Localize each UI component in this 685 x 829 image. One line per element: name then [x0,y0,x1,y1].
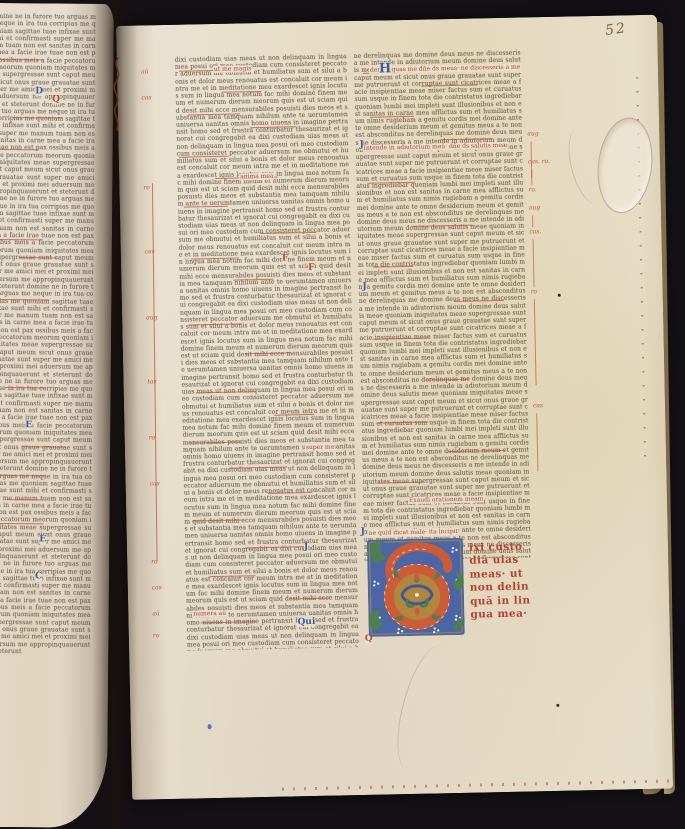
pen-initial: E [39,535,46,544]
margin-note: ro. [528,187,536,193]
ink-speck [556,704,559,707]
pen-initial: E [25,421,32,430]
margin-note: cas [152,585,162,591]
pen-initial: J [304,543,308,552]
incipit-line: meas· ut [469,567,530,582]
margin-note: aū [152,611,160,617]
ink-speck [558,294,561,297]
rubric-fragment: ut me magis [213,65,253,73]
facing-page-text: domine ne in furore tuo arguas me neque … [0,13,96,668]
incipit-line: gua mea· [470,607,531,622]
margin-note: cas [150,481,160,487]
margin-note: tas [147,379,156,385]
gutter-flourish [110,56,124,132]
edge-stain-speckles [282,780,672,791]
incipit-text: ixi custo diā uias meas· ut non delin qu… [469,540,531,622]
margin-note-stroke [531,169,532,185]
pen-initial: Qui [297,618,315,627]
pen-initial: C [35,572,42,581]
illuminated-initial-art [367,538,465,637]
margin-note-stroke [534,299,537,385]
margin-note-stroke [532,215,533,227]
margin-note-stroke [536,413,538,471]
pen-initial: J [362,283,366,292]
margin-ruling-line [152,183,158,561]
incipit-line: non delin [470,581,531,596]
margin-note: aug [146,315,157,321]
incipit-line: quā in lin [470,594,531,609]
facing-page-edge: domine ne in furore tuo arguas me neque … [0,3,114,828]
pen-initial: F [308,264,315,273]
margin-note: ro [153,633,160,639]
pen-initial: Q [52,95,60,104]
margin-note: aū [141,69,149,75]
margin-note: ro [149,435,156,441]
pen-initial: D [35,87,43,96]
rubric-fragment: super me [305,444,335,452]
right-text-column: ne derelinquas me domine deus meus ne di… [354,50,532,561]
pen-initial: H [379,62,392,75]
margin-note: ro [531,289,538,295]
margin-note-stroke [533,239,535,287]
margin-note: ro [151,559,158,565]
illuminated-initial-D [367,538,465,637]
stain-line [387,640,464,777]
pen-initial: J [361,528,365,537]
margin-note: aug [527,131,538,137]
incipit-line: diā uias [469,554,530,569]
manuscript-photo: domine ne in furore tuo arguas me neque … [0,0,685,829]
margin-note: ro [143,185,150,191]
margin-note: aug [529,205,540,211]
rubric-fragment: anima mea [239,173,274,181]
blue-ink-drop [208,724,212,729]
pen-initial: J [359,141,363,150]
margin-note: cas [533,403,543,409]
rubric-underline [8,499,44,501]
folio-number: 52 [604,20,628,39]
margin-note: cas [141,95,151,101]
manuscript-page: 52 dixi custodiam uias meas ut non delin… [116,15,673,800]
margin-note: cas. [529,229,541,235]
pen-initial: F [282,254,289,263]
margin-note: cas [145,249,155,255]
incipit-line: ixi custo [469,540,530,555]
rubric-fragment: numera aū [192,610,227,618]
